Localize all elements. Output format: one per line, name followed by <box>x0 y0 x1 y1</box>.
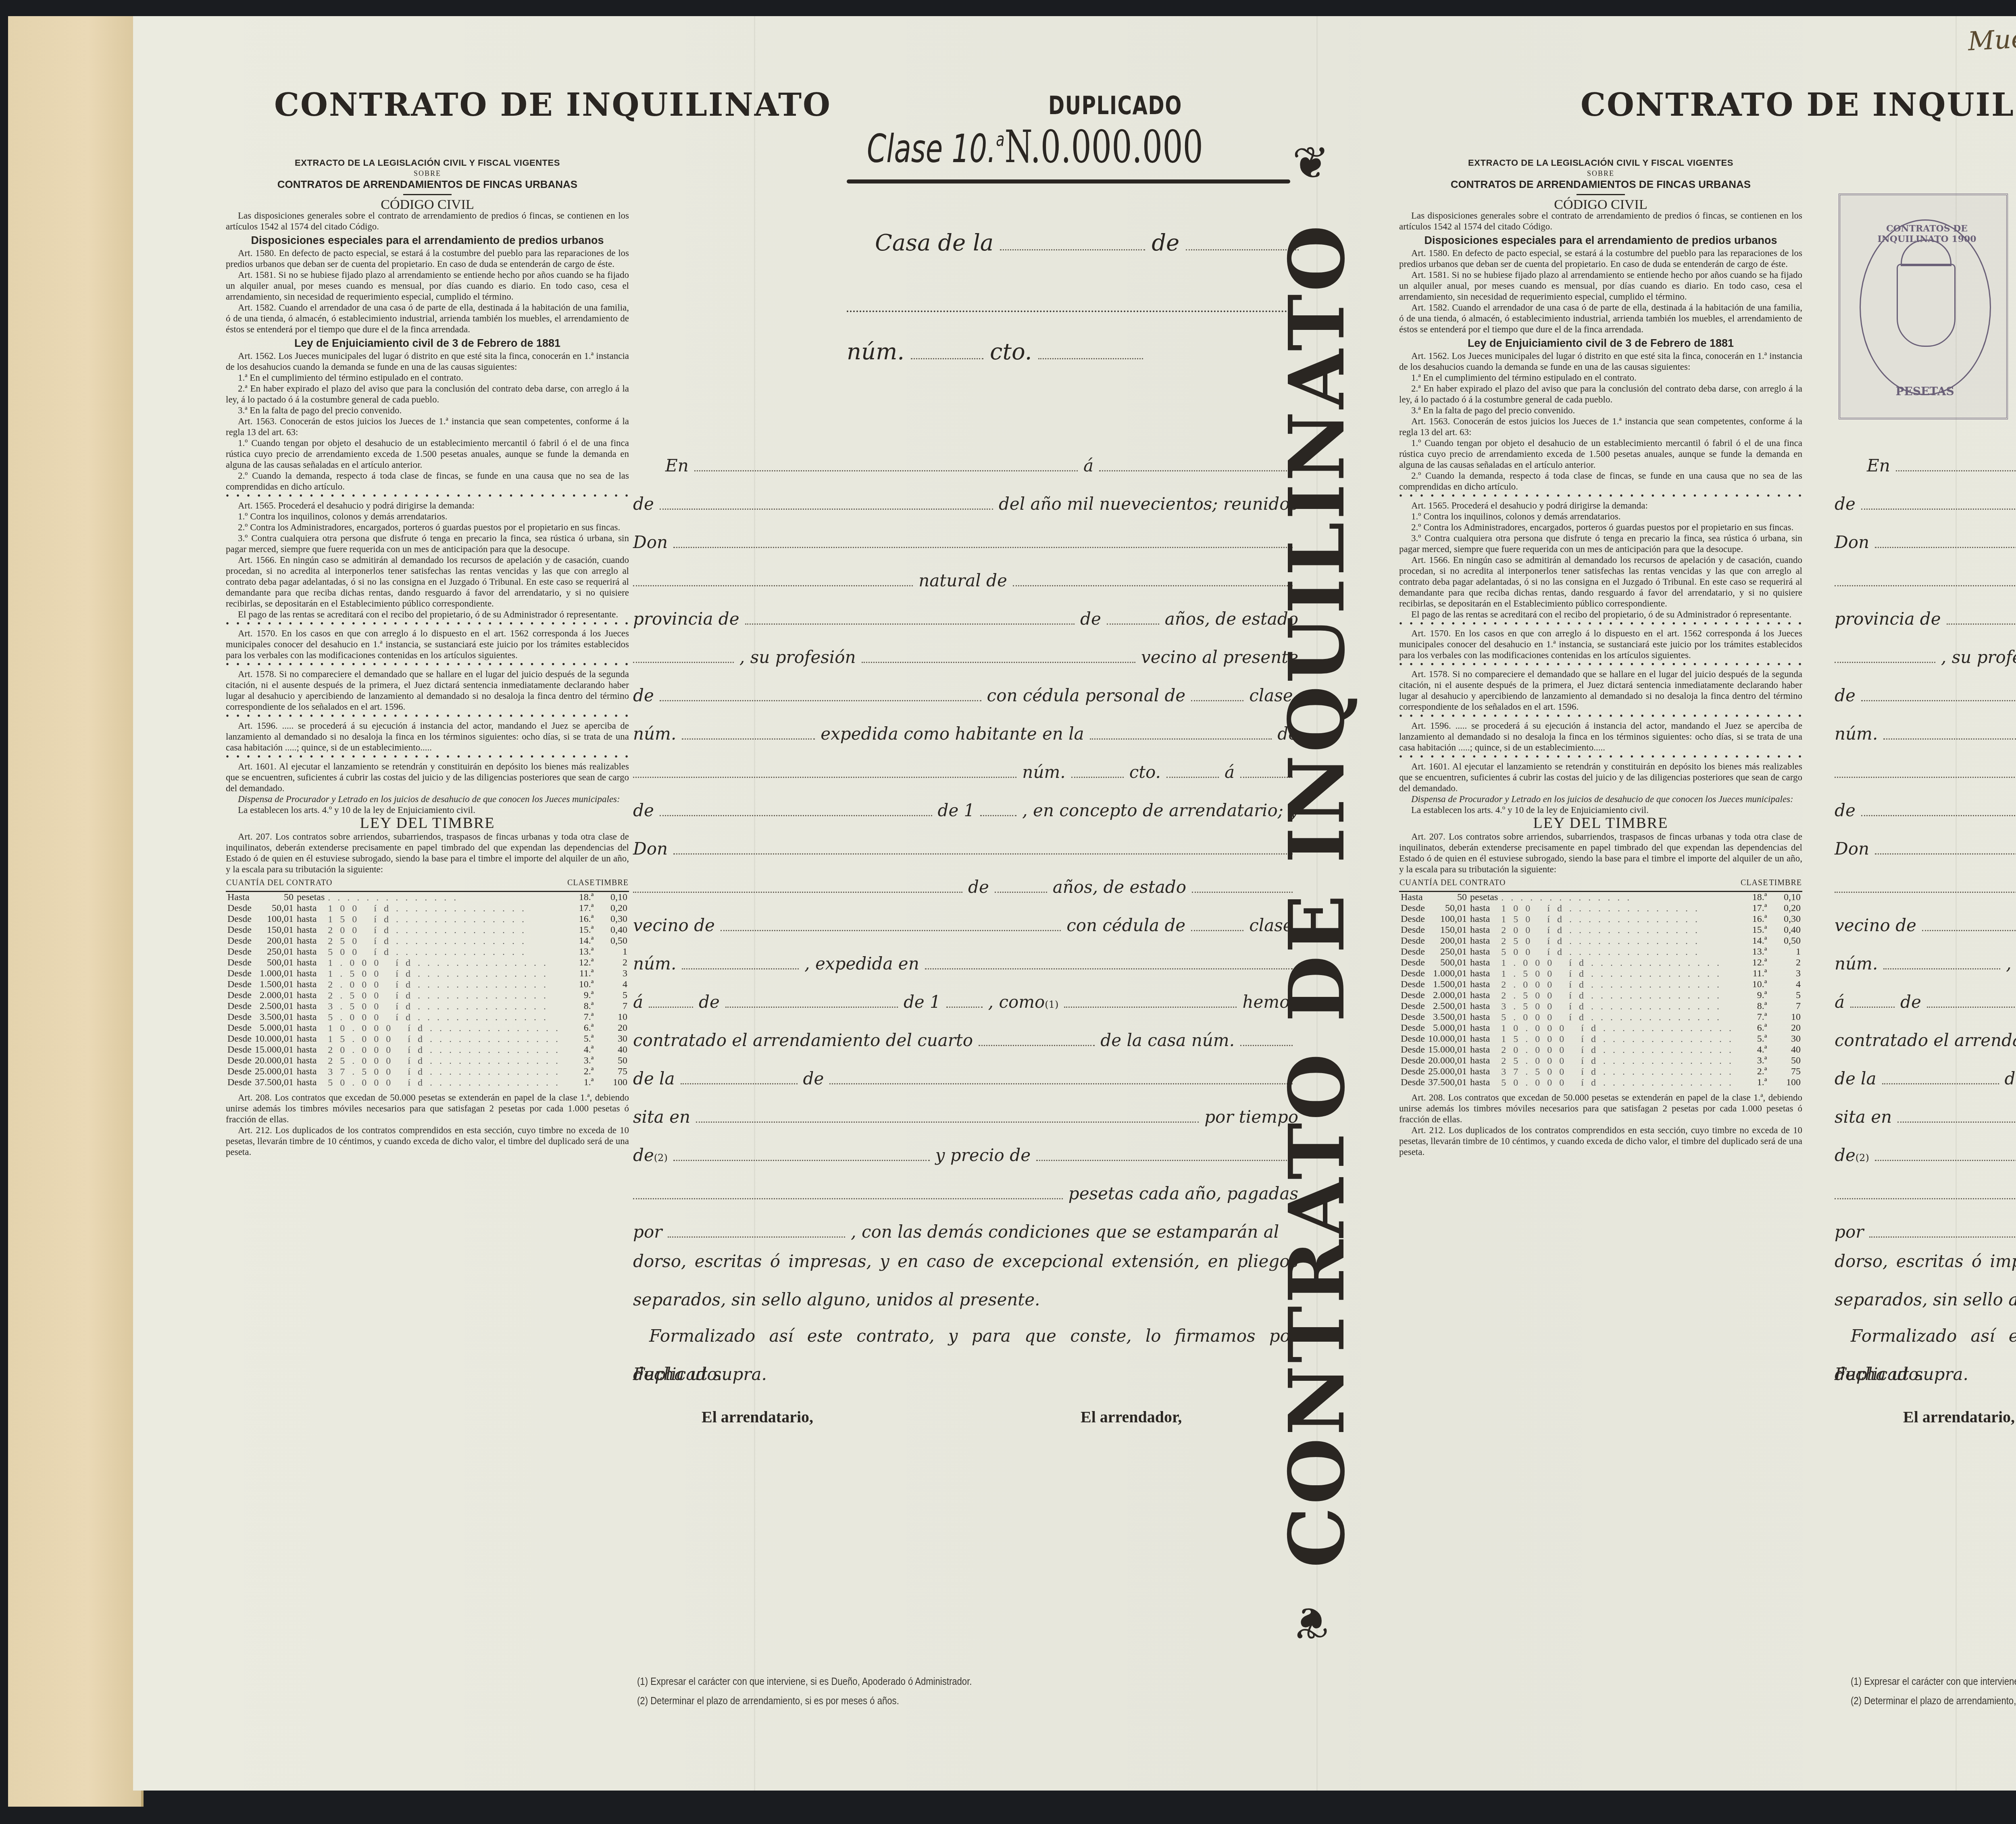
label: por <box>633 1222 662 1242</box>
table-cell: 0,50 <box>1768 936 1802 946</box>
table-cell: Desde <box>1399 1012 1427 1023</box>
table-row: Desde20.000,01hasta25.000 íd............… <box>226 1055 629 1066</box>
landlord-cedula-class-field[interactable] <box>1191 930 1243 931</box>
label: , como <box>988 992 1045 1012</box>
label: núm. <box>633 724 676 744</box>
table-cell: 150,01 <box>253 925 295 936</box>
table-cell: 25.000,01 <box>1427 1066 1468 1077</box>
table-cell: 0,30 <box>1768 914 1802 925</box>
tenant-signature-label: El arrendatario, <box>702 1407 813 1426</box>
label: , expedida en <box>804 954 919 973</box>
table-cell: 12.ª <box>567 957 595 968</box>
table-row: Desde1.500,01hasta2.000 íd..............… <box>226 979 629 990</box>
table-cell: 3.ª <box>567 1055 595 1066</box>
table-cell: 100 íd.............. <box>1500 903 1740 914</box>
stamp-tariff-table: CUANTÍA DEL CONTRATO CLASE TIMBRE Hasta5… <box>1399 877 1802 1088</box>
label: núm. <box>1022 762 1065 782</box>
table-cell: 2.000,01 <box>1427 990 1468 1001</box>
month-field[interactable] <box>660 508 993 510</box>
article: La establecen los arts. 4.º y 10 de la l… <box>226 805 629 815</box>
table-cell: 2.000,01 <box>253 990 295 1001</box>
dotted-separator: •••••••••••••••••••••••••••••••••••••••• <box>1399 712 1802 720</box>
street-type-field[interactable] <box>1882 1083 1999 1084</box>
table-cell: 2.ª <box>567 1066 595 1077</box>
landlord-cedula-num-field[interactable] <box>1883 968 2000 969</box>
table-row: Desde15.000,01hasta20.000 íd............… <box>1399 1044 1802 1055</box>
table-cell: 50 <box>1427 892 1468 903</box>
table-header: CUANTÍA DEL CONTRATO <box>1399 877 1740 892</box>
table-cell: 75 <box>595 1066 629 1077</box>
table-cell: Hasta <box>1399 892 1427 903</box>
table-row: Desde5.000,01hasta10.000 íd.............… <box>226 1023 629 1034</box>
payment-period-field[interactable] <box>1869 1236 2016 1238</box>
table-cell: hasta <box>295 1077 326 1088</box>
table-cell: 4.ª <box>567 1044 595 1055</box>
table-cell: 50 <box>253 892 295 903</box>
casa-line: Casa de la de <box>875 230 1305 256</box>
table-cell: 0,50 <box>595 936 629 946</box>
extract-sobre: SOBRE <box>1399 168 1802 179</box>
landlord-issued-field[interactable] <box>925 968 1293 969</box>
table-cell: 0,20 <box>1768 903 1802 914</box>
landlord-name-field[interactable] <box>673 853 1293 855</box>
table-cell: 500 íd.............. <box>326 946 567 957</box>
table-cell: 150 íd.............. <box>1500 914 1740 925</box>
table-cell: hasta <box>1468 1077 1500 1088</box>
article: Art. 1581. Si no se hubiese fijado plazo… <box>1399 269 1802 302</box>
footnote-2: (2) Determinar el plazo de arrendamiento… <box>1851 1691 2016 1710</box>
table-cell: hasta <box>295 1044 326 1055</box>
table-cell: hasta <box>295 1034 326 1044</box>
table-cell: Desde <box>226 990 253 1001</box>
table-cell: 1.000 íd.............. <box>326 957 567 968</box>
cedula-number-field[interactable] <box>1883 738 2016 740</box>
table-row: Desde5.000,01hasta10.000 íd.............… <box>1399 1023 1802 1034</box>
landlord-day-field[interactable] <box>649 1006 693 1008</box>
table-cell: hasta <box>1468 1066 1500 1077</box>
clase-sup: a <box>996 128 1004 151</box>
article: 3.º Contra cualquiera otra persona que d… <box>1399 533 1802 554</box>
table-cell: 200,01 <box>1427 936 1468 946</box>
left-clase-serial: Clase 10.aN.0.000.000 <box>867 121 1203 173</box>
table-cell: 500,01 <box>253 957 295 968</box>
table-cell: Desde <box>1399 1055 1427 1066</box>
landlord-cedula-num-field[interactable] <box>682 968 799 969</box>
table-cell: 37.500 íd.............. <box>1500 1066 1740 1077</box>
table-cell: Desde <box>1399 990 1427 1001</box>
article: Art. 1601. Al ejecutar el lanzamiento se… <box>1399 761 1802 794</box>
issued-cto-field[interactable] <box>1166 776 1219 778</box>
label: y precio de <box>935 1145 1031 1165</box>
table-cell: 250 íd.............. <box>1500 936 1740 946</box>
label: Don <box>633 839 668 859</box>
section-heading: Disposiciones especiales para el arrenda… <box>1399 235 1802 246</box>
table-cell: 20.000 íd.............. <box>1500 1044 1740 1055</box>
table-cell: 13.ª <box>567 946 595 957</box>
table-cell: 50.000 íd.............. <box>1500 1077 1740 1088</box>
table-cell: Desde <box>1399 1066 1427 1077</box>
table-cell: Desde <box>226 903 253 914</box>
label: núm. <box>633 954 676 973</box>
article: 2.º Cuando la demanda, respecto á toda c… <box>226 470 629 492</box>
table-cell: Desde <box>226 1034 253 1044</box>
article: Art. 1581. Si no se hubiese fijado plazo… <box>226 269 629 302</box>
table-cell: 0,10 <box>1768 892 1802 903</box>
table-cell: 50 <box>1768 1055 1802 1066</box>
table-cell: 15.000,01 <box>253 1044 295 1055</box>
street-type-field[interactable] <box>681 1083 798 1084</box>
residence-field[interactable] <box>660 700 981 701</box>
issued-num-field[interactable] <box>1071 776 1124 778</box>
article: Art. 1596. ..... se procederá á su ejecu… <box>226 720 629 753</box>
table-cell: 20.000,01 <box>253 1055 295 1066</box>
table-row: Desde100,01hasta150 íd..............16.ª… <box>226 914 629 925</box>
term-field[interactable] <box>673 1159 930 1161</box>
table-cell: 16.ª <box>1740 914 1768 925</box>
divider <box>403 194 452 195</box>
tenant-name-cont-field[interactable] <box>1835 585 2016 586</box>
label: , en concepto de arrendatario; y <box>1022 800 1298 820</box>
table-row: Desde150,01hasta200 íd..............15.ª… <box>1399 925 1802 936</box>
label: de <box>968 877 989 897</box>
tenant-name-cont-field[interactable] <box>633 585 913 586</box>
label: Don <box>1835 532 1869 552</box>
article: 3.ª En la falta de pago del precio conve… <box>1399 405 1802 416</box>
table-cell: 5.000 íd.............. <box>1500 1012 1740 1023</box>
table-cell: 37.500,01 <box>1427 1077 1468 1088</box>
article: 1.ª En el cumplimiento del término estip… <box>1399 372 1802 383</box>
label: provincia de <box>1835 609 1941 629</box>
room-field[interactable] <box>979 1044 1095 1046</box>
table-row: Desde1.000,01hasta1.500 íd..............… <box>226 968 629 979</box>
price-field[interactable] <box>1036 1159 1293 1161</box>
table-cell: 3.ª <box>1740 1055 1768 1066</box>
article: Art. 212. Los duplicados de los contrato… <box>226 1125 629 1157</box>
table-row: Desde2.500,01hasta3.500 íd..............… <box>1399 1001 1802 1012</box>
table-cell: Desde <box>226 946 253 957</box>
table-cell: 20 <box>595 1023 629 1034</box>
table-row: Desde200,01hasta250 íd..............14.ª… <box>226 936 629 946</box>
casa-street-field[interactable] <box>1000 249 1145 250</box>
table-cell: 8.ª <box>1740 1001 1768 1012</box>
landlord-day-field[interactable] <box>1850 1006 1895 1008</box>
place-field[interactable] <box>694 470 1078 471</box>
table-row: Desde10.000,01hasta15.000 íd............… <box>1399 1034 1802 1044</box>
cto-field[interactable] <box>1038 358 1143 359</box>
landlord-signature-label: El arrendador, <box>1081 1407 1182 1426</box>
table-header: TIMBRE <box>1768 877 1802 892</box>
table-cell: 10.000 íd.............. <box>1500 1023 1740 1034</box>
article: 3.º Contra cualquiera otra persona que d… <box>226 533 629 554</box>
vertical-title: CONTRATO DE INQUILINATO <box>1272 223 1362 1568</box>
table-row: Hasta50pesetas..............18.ª0,10 <box>226 892 629 903</box>
issued-street-field[interactable] <box>1090 738 1272 740</box>
cedula-number-field[interactable] <box>682 738 815 740</box>
table-cell: hasta <box>1468 1023 1500 1034</box>
table-cell: 0,40 <box>1768 925 1802 936</box>
article: Art. 208. Los contratos que excedan de 5… <box>226 1092 629 1125</box>
table-cell: 10.000,01 <box>1427 1034 1468 1044</box>
article: 1.ª En el cumplimiento del término estip… <box>226 372 629 383</box>
label: años, de estado <box>1053 877 1186 897</box>
label: de <box>699 992 720 1012</box>
landlord-residence-field[interactable] <box>721 930 1061 931</box>
label: vecino de <box>1835 915 1916 935</box>
located-in-field[interactable] <box>1897 1121 2016 1123</box>
tenant-origin-field[interactable] <box>1013 585 1293 586</box>
landlord-residence-field[interactable] <box>1922 930 2016 931</box>
table-cell: 15.000 íd.............. <box>326 1034 567 1044</box>
label: núm. <box>1835 954 1878 973</box>
table-cell: hasta <box>1468 979 1500 990</box>
timbre-heading: LEY DEL TIMBRE <box>1399 818 1802 829</box>
table-cell: Desde <box>1399 903 1427 914</box>
table-cell: 17.ª <box>1740 903 1768 914</box>
price-cont-field[interactable] <box>633 1198 1063 1199</box>
issued-city-field[interactable] <box>633 776 1016 778</box>
table-cell: 3.500,01 <box>1427 1012 1468 1023</box>
table-cell: 4 <box>595 979 629 990</box>
table-row: Desde250,01hasta500 íd..............13.ª… <box>226 946 629 957</box>
article: Art. 1565. Procederá el desahucio y podr… <box>226 500 629 511</box>
table-cell: Desde <box>226 957 253 968</box>
article: 2.ª En haber expirado el plazo del aviso… <box>1399 383 1802 405</box>
table-cell: 25.000 íd.............. <box>326 1055 567 1066</box>
table-cell: hasta <box>295 979 326 990</box>
table-cell: 10.ª <box>1740 979 1768 990</box>
profession-field[interactable] <box>862 661 1135 663</box>
table-cell: 50.000 íd.............. <box>326 1077 567 1088</box>
label: de <box>633 686 654 705</box>
dotted-separator: •••••••••••••••••••••••••••••••••••••••• <box>226 753 629 761</box>
footnote-ref: (2) <box>654 1152 668 1163</box>
landlord-month-field[interactable] <box>725 1006 898 1008</box>
civil-status-field[interactable] <box>633 661 734 663</box>
table-cell: hasta <box>295 1055 326 1066</box>
issued-year-field[interactable] <box>980 815 1016 816</box>
table-cell: 200,01 <box>253 936 295 946</box>
table-cell: 30 <box>595 1034 629 1044</box>
table-cell: Desde <box>226 914 253 925</box>
landlord-month-field[interactable] <box>1927 1006 2016 1008</box>
table-cell: 3 <box>595 968 629 979</box>
table-row: Desde50,01hasta100 íd..............17.ª0… <box>226 903 629 914</box>
footnote-1: (1) Expresar el carácter con que intervi… <box>1851 1672 2016 1691</box>
table-cell: 250,01 <box>1427 946 1468 957</box>
table-cell: hasta <box>1468 957 1500 968</box>
fecha-text: Fecha ut supra. <box>633 1355 1298 1393</box>
table-cell: 5.ª <box>1740 1034 1768 1044</box>
label: de 1 <box>938 800 975 820</box>
street-name-field[interactable] <box>829 1083 1293 1084</box>
capacity-field[interactable] <box>1064 1006 1237 1008</box>
label: á <box>1083 456 1093 475</box>
table-cell: 16.ª <box>567 914 595 925</box>
revenue-stamp: CONTRATOS DE INQUILINATO 1900 PESETAS <box>1839 194 2008 419</box>
article: 1.º Cuando tengan por objeto el desahuci… <box>226 438 629 470</box>
table-cell: Desde <box>1399 936 1427 946</box>
label: Casa de la <box>875 230 993 256</box>
table-cell: hasta <box>1468 946 1500 957</box>
civil-status-field[interactable] <box>1835 661 1935 663</box>
issued-month-field[interactable] <box>1861 815 2016 816</box>
table-cell: 3 <box>1768 968 1802 979</box>
table-cell: .............. <box>1500 892 1740 903</box>
price-cont-field[interactable] <box>1835 1198 2016 1199</box>
article: Art. 1601. Al ejecutar el lanzamiento se… <box>226 761 629 794</box>
table-cell: 6.ª <box>567 1023 595 1034</box>
legal-extract-right: EXTRACTO DE LA LEGISLACIÓN CIVIL Y FISCA… <box>1399 157 1802 1157</box>
located-in-field[interactable] <box>696 1121 1199 1123</box>
table-cell: 500,01 <box>1427 957 1468 968</box>
landlord-year-field[interactable] <box>946 1006 983 1008</box>
table-cell: hasta <box>1468 968 1500 979</box>
table-cell: 5.000,01 <box>1427 1023 1468 1034</box>
table-row: Desde15.000,01hasta20.000 íd............… <box>226 1044 629 1055</box>
article: 1.º Contra los inquilinos, colonos y dem… <box>226 511 629 522</box>
issued-month-field[interactable] <box>660 815 932 816</box>
table-cell: Desde <box>1399 979 1427 990</box>
table-cell: hasta <box>1468 990 1500 1001</box>
article: Art. 1563. Conocerán de estos juicios lo… <box>1399 416 1802 438</box>
month-field[interactable] <box>1861 508 2016 510</box>
day-field[interactable] <box>1099 470 1293 471</box>
landlord-age-field[interactable] <box>995 891 1047 893</box>
label: expedida como habitante en la <box>821 724 1084 744</box>
table-row: Desde1.000,01hasta1.500 íd..............… <box>1399 968 1802 979</box>
table-cell: pesetas <box>1468 892 1500 903</box>
table-cell: Desde <box>1399 1001 1427 1012</box>
header-rule <box>847 179 1290 183</box>
label: vecino de <box>633 915 715 935</box>
table-cell: 2.ª <box>1740 1066 1768 1077</box>
label: de <box>1152 230 1179 256</box>
table-row: Desde50,01hasta100 íd..............17.ª0… <box>1399 903 1802 914</box>
table-cell: Desde <box>1399 957 1427 968</box>
table-cell: Desde <box>226 1055 253 1066</box>
table-cell: 1 <box>1768 946 1802 957</box>
dotted-separator: •••••••••••••••••••••••••••••••••••••••• <box>226 661 629 669</box>
tenant-name-field[interactable] <box>1875 546 2016 548</box>
table-cell: 3.500 íd.............. <box>1500 1001 1740 1012</box>
tenant-name-field[interactable] <box>673 546 1293 548</box>
table-cell: hasta <box>295 1001 326 1012</box>
article: Art. 1566. En ningún caso se admitirán a… <box>1399 554 1802 609</box>
label: sita en <box>633 1107 690 1127</box>
extract-intro: Las disposiciones generales sobre el con… <box>226 210 629 232</box>
tenant-signature-label: El arrendatario, <box>1903 1407 2015 1426</box>
table-cell: 5.000,01 <box>253 1023 295 1034</box>
age-field[interactable] <box>1107 623 1159 625</box>
ornament-top-icon: ❦ <box>1292 137 1329 189</box>
term-field[interactable] <box>1875 1159 2016 1161</box>
table-cell: 30 <box>1768 1034 1802 1044</box>
table-cell: 20.000 íd.............. <box>326 1044 567 1055</box>
payment-period-field[interactable] <box>668 1236 845 1238</box>
place-field[interactable] <box>1896 470 2016 471</box>
handwritten-note-1: Muestra de Contratos, clase 10.ª Pta. 19… <box>1967 0 2016 57</box>
table-cell: 40 <box>1768 1044 1802 1055</box>
table-cell: 2.500 íd.............. <box>326 990 567 1001</box>
dotted-separator: •••••••••••••••••••••••••••••••••••••••• <box>226 492 629 500</box>
casa-address-field[interactable] <box>847 311 1290 312</box>
table-row: Desde25.000,01hasta37.500 íd............… <box>1399 1066 1802 1077</box>
left-page-title: CONTRATO DE INQUILINATO <box>274 87 831 123</box>
tariff-body: Hasta50pesetas..............18.ª0,10Desd… <box>226 892 629 1088</box>
table-row: Desde3.500,01hasta5.000 íd..............… <box>1399 1012 1802 1023</box>
table-cell: hasta <box>295 946 326 957</box>
tariff-body: Hasta50pesetas..............18.ª0,10Desd… <box>1399 892 1802 1088</box>
label: de <box>633 494 654 514</box>
landlord-name-field[interactable] <box>1875 853 2016 855</box>
province-field[interactable] <box>745 623 1075 625</box>
stamp-tariff-table: CUANTÍA DEL CONTRATO CLASE TIMBRE Hasta5… <box>226 877 629 1088</box>
num-field[interactable] <box>911 358 983 359</box>
table-cell: 7 <box>595 1001 629 1012</box>
article: Art. 1578. Si no compareciere el demanda… <box>226 669 629 712</box>
table-row: Desde2.500,01hasta3.500 íd..............… <box>226 1001 629 1012</box>
table-cell: 200 íd.............. <box>1500 925 1740 936</box>
table-cell: 0,30 <box>595 914 629 925</box>
table-cell: 15.ª <box>1740 925 1768 936</box>
label: de <box>1835 800 1856 820</box>
residence-field[interactable] <box>1861 700 2016 701</box>
table-cell: 13.ª <box>1740 946 1768 957</box>
article: Art. 1562. Los Jueces municipales del lu… <box>1399 350 1802 372</box>
extract-sobre: SOBRE <box>226 168 629 179</box>
landlord-name-cont-field[interactable] <box>1835 891 2016 893</box>
table-cell: 250 íd.............. <box>326 936 567 946</box>
article: Art. 207. Los contratos sobre arriendos,… <box>226 831 629 875</box>
table-cell: 50 <box>595 1055 629 1066</box>
table-cell: hasta <box>1468 1034 1500 1044</box>
table-cell: 25.000,01 <box>253 1066 295 1077</box>
article: Art. 212. Los duplicados de los contrato… <box>1399 1125 1802 1157</box>
table-cell: hasta <box>1468 1001 1500 1012</box>
label: natural de <box>918 571 1007 590</box>
clase-label: Clase 10. <box>867 126 996 171</box>
table-cell: 200 íd.............. <box>326 925 567 936</box>
stamp-value-text: PESETAS <box>1840 385 2010 398</box>
cedula-class-field[interactable] <box>1191 700 1243 701</box>
label: , expedida en <box>2006 954 2016 973</box>
table-cell: 100,01 <box>1427 914 1468 925</box>
table-cell: 1.500,01 <box>253 979 295 990</box>
article: Art. 207. Los contratos sobre arriendos,… <box>1399 831 1802 875</box>
landlord-name-cont-field[interactable] <box>633 891 962 893</box>
table-cell: hasta <box>295 968 326 979</box>
conditions-text: dorso, escritas ó impresas, y en caso de… <box>633 1242 1298 1319</box>
article: Art. 1596. ..... se procederá á su ejecu… <box>1399 720 1802 753</box>
table-cell: 100,01 <box>253 914 295 925</box>
table-cell: 3.500,01 <box>253 1012 295 1023</box>
table-cell: Desde <box>226 925 253 936</box>
article: Dispensa de Procurador y Letrado en los … <box>226 794 629 805</box>
issued-city-field[interactable] <box>1835 776 2016 778</box>
table-cell: Desde <box>1399 968 1427 979</box>
label: de <box>1835 686 1856 705</box>
province-field[interactable] <box>1947 623 2016 625</box>
label: á <box>1225 762 1235 782</box>
table-cell: 5.000 íd.............. <box>326 1012 567 1023</box>
label: , con las demás condiciones que se estam… <box>851 1222 1279 1242</box>
table-cell: 15.000 íd.............. <box>1500 1034 1740 1044</box>
table-cell: 2.000 íd.............. <box>326 979 567 990</box>
table-cell: Desde <box>226 968 253 979</box>
table-cell: 7 <box>1768 1001 1802 1012</box>
table-row: Desde500,01hasta1.000 íd..............12… <box>1399 957 1802 968</box>
label: núm. <box>1835 724 1878 744</box>
